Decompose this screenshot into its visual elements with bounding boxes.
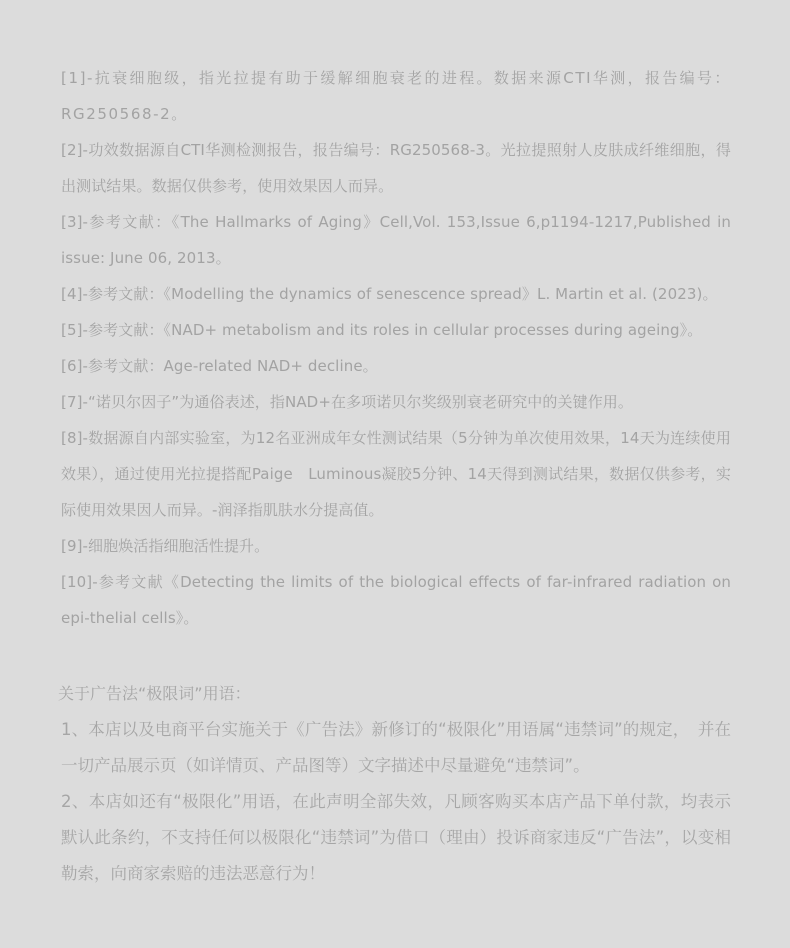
references-section: [1]-抗衰细胞级，指光拉提有助于缓解细胞衰老的进程。数据来源CTI华测，报告编… xyxy=(61,60,731,636)
reference-9: [9]-细胞焕活指细胞活性提升。 xyxy=(61,528,731,564)
reference-10: [10]-参考文献《Detecting the limits of the bi… xyxy=(61,564,731,636)
reference-5: [5]-参考文献：《NAD+ metabolism and its roles … xyxy=(61,312,731,348)
reference-4: [4]-参考文献：《Modelling the dynamics of sene… xyxy=(61,276,731,312)
reference-1: [1]-抗衰细胞级，指光拉提有助于缓解细胞衰老的进程。数据来源CTI华测，报告编… xyxy=(61,60,731,132)
notice-item-1: 1、本店以及电商平台实施关于《广告法》新修订的“极限化”用语属“违禁词”的规定，… xyxy=(61,712,731,784)
ad-law-notice: 关于广告法“极限词”用语： 1、本店以及电商平台实施关于《广告法》新修订的“极限… xyxy=(58,676,731,892)
notice-item-2: 2、本店如还有“极限化”用语，在此声明全部失效，凡顾客购买本店产品下单付款，均表… xyxy=(61,784,731,892)
reference-7: [7]-“诺贝尔因子”为通俗表述，指NAD+在多项诺贝尔奖级别衰老研究中的关键作… xyxy=(61,384,731,420)
reference-6: [6]-参考文献：Age-related NAD+ decline。 xyxy=(61,348,731,384)
reference-8: [8]-数据源自内部实验室，为12名亚洲成年女性测试结果（5分钟为单次使用效果，… xyxy=(61,420,731,528)
reference-2: [2]-功效数据源自CTI华测检测报告，报告编号：RG250568-3。光拉提照… xyxy=(61,132,731,204)
reference-3: [3]-参考文献：《The Hallmarks of Aging》Cell,Vo… xyxy=(61,204,731,276)
notice-title: 关于广告法“极限词”用语： xyxy=(58,676,731,712)
